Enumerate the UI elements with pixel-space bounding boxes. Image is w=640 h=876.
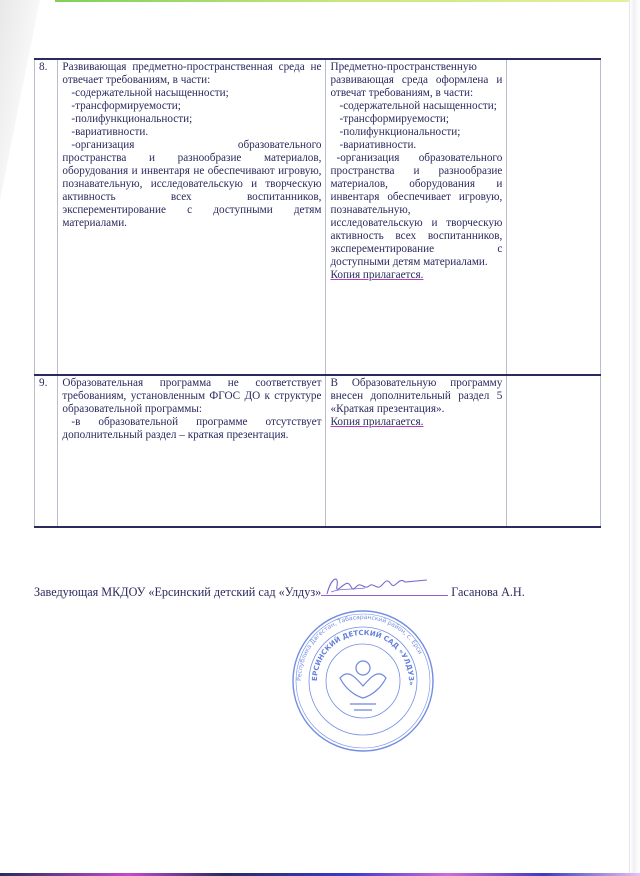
issue-item: -полифункциональности; [62,113,321,126]
issue-detail: -в образовательной программе отсутствует… [62,416,321,442]
fix-item: -трансформируемости; [330,113,502,126]
fix-item: -полифункциональности; [330,126,502,139]
copy-attached-note: Копия прилагается. [330,416,423,428]
issue-org-lead: -организация образовательного [62,139,321,152]
signature-icon [321,572,431,598]
signature-line [321,584,448,596]
fix-item: -вариативности. [330,139,502,152]
issue-org-rest: пространства и разнообразие материалов, … [62,152,321,230]
note-cell [507,375,601,527]
issue-cell: Образовательная программа не соответству… [58,375,326,527]
issue-intro: Образовательная программа не соответству… [62,377,321,416]
fix-org: -организация образовательного пространст… [330,152,502,269]
fix-cell: Предметно-пространственную развивающая с… [326,59,507,375]
issue-intro: Развивающая предметно-пространственная с… [62,61,321,87]
table-row: 8. Развивающая предметно-пространственна… [35,59,601,375]
issue-item: -содержательной насыщенности; [62,87,321,100]
signature-block: Заведующая МКДОУ «Ерсинский детский сад … [34,584,614,600]
inspection-table: 8. Развивающая предметно-пространственна… [34,58,601,528]
fix-cell: В Образовательную программу внесен допол… [326,375,507,527]
fix-item: -содержательной насыщенности; [330,100,502,113]
signatory-position: Заведующая МКДОУ «Ерсинский детский сад … [34,585,321,599]
signatory-name: Гасанова А.Н. [451,585,524,599]
scan-edge-top [55,0,635,2]
issue-item: -трансформируемости; [62,100,321,113]
copy-attached-note: Копия прилагается. [330,269,423,281]
fix-intro: Предметно-пространственную развивающая с… [330,61,502,100]
official-stamp-icon: Республика Дагестан, Табасаранский район… [288,606,438,756]
fix-text: В Образовательную программу внесен допол… [330,377,502,416]
row-number: 8. [35,59,58,375]
row-number: 9. [35,375,58,527]
issue-item: -вариативности. [62,126,321,139]
note-cell [507,59,601,375]
scan-edge-right [629,0,640,876]
issue-cell: Развивающая предметно-пространственная с… [58,59,326,375]
table-row: 9. Образовательная программа не соответс… [35,375,601,527]
